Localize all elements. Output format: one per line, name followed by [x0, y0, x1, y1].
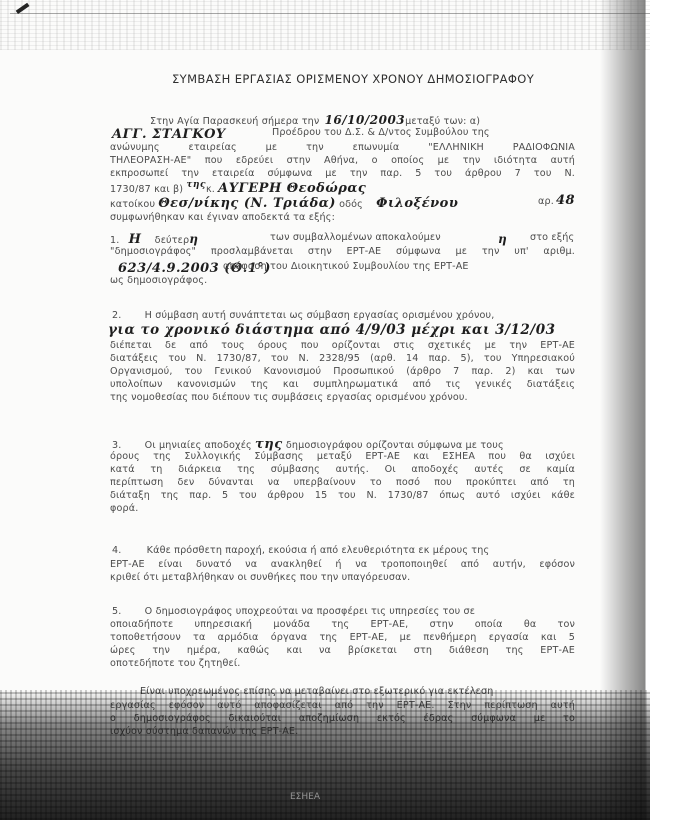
section-4-line-1: 4. Κάθε πρόσθετη παροχή, εκούσια ή από ε…: [112, 545, 489, 556]
section-5-line-4: ώρες την ημέρα, καθώς και να βρίσκεται σ…: [110, 645, 575, 656]
scan-line: [10, 13, 650, 14]
section-2-line-1: 2. Η σύμβαση αυτή συνάπτεται ως σύμβαση …: [112, 310, 494, 321]
handwritten-street: Φιλοξένου: [376, 196, 458, 211]
handwritten-president-name: ΑΓΓ. ΣΤΑΓΚΟΥ: [112, 127, 226, 142]
section-5-line-9: ισχύον σύστημα δαπανών της ΕΡΤ-ΑΕ.: [110, 726, 298, 737]
handwritten-city: Θεσ/νίκης (Ν. Τριάδα): [158, 196, 336, 211]
intro-line-6: 1730/87 και β) τηςκ. ΑΥΓΕΡΗ Θεοδώρας: [110, 181, 366, 196]
section-1-line-4: ως δημοσιογράφος.: [110, 275, 207, 286]
handwritten-contract-period: για το χρονικό διάστημα από 4/9/03 μέχρι…: [108, 322, 556, 338]
section-3-line-3: κατά τη διάρκεια της σύμβασης αυτής. Οι …: [110, 464, 575, 475]
section-5-line-2: οποιαδήποτε υπηρεσιακή μονάδα της ΕΡΤ-ΑΕ…: [110, 619, 575, 630]
intro-line-7: κατοίκου Θεσ/νίκης (Ν. Τριάδα) οδός Φιλο…: [110, 196, 575, 211]
section-4-line-2: ΕΡΤ-ΑΕ είναι δυνατό να ανακληθεί ή να τρ…: [110, 559, 575, 570]
handwritten-journalist-name: ΑΥΓΕΡΗ Θεοδώρας: [218, 181, 366, 196]
scan-dark-band: [0, 690, 650, 820]
handwritten-street-number: 48: [556, 193, 575, 208]
intro-line-8: συμφωνήθηκαν και έγιναν αποδεκτά τα εξής…: [110, 212, 335, 223]
section-5-line-3: τοποθετήσουν τα αρμόδια όργανα της ΕΡΤ-Α…: [110, 632, 575, 643]
section-2-line-7: της νομοθεσίας που διέπουν τις συμβάσεις…: [110, 392, 468, 403]
section-5-line-5: οποτεδήποτε του ζητηθεί.: [110, 658, 240, 669]
intro-line-4: ΤΗΛΕΟΡΑΣΗ-ΑΕ" που εδρεύει στην Αθήνα, ο …: [110, 155, 575, 166]
scanned-document-page: ΣΥΜΒΑΣΗ ΕΡΓΑΣΙΑΣ ΟΡΙΣΜΕΝΟΥ ΧΡΟΝΟΥ ΔΗΜΟΣΙ…: [0, 0, 687, 820]
section-2-line-5: Οργανισμού, του Γενικού Κανονισμού Προσω…: [110, 366, 575, 377]
handwritten-date: 16/10/2003: [325, 113, 406, 127]
section-2-line-4: διατάξεις του Ν. 1730/87, του Ν. 2328/95…: [110, 353, 575, 364]
section-3-line-6: φορά.: [110, 503, 138, 514]
section-5-line-8: ο δημοσιογράφος δικαιούται αποζημίωση εκ…: [110, 713, 575, 724]
section-3-line-1: 3. Οι μηνιαίες αποδοχές της δημοσιογράφο…: [112, 437, 504, 452]
section-5-line-1: 5. Ο δημοσιογράφος υποχρεούται να προσφέ…: [112, 606, 475, 617]
section-1-line-3: 623/4.9.2003 (Θ.1°) απόφαση του Διοικητι…: [118, 261, 575, 276]
intro-line-3: ανώνυμης εταιρείας με την επωνυμία "ΕΛΛΗ…: [110, 142, 575, 153]
document-title: ΣΥΜΒΑΣΗ ΕΡΓΑΣΙΑΣ ΟΡΙΣΜΕΝΟΥ ΧΡΟΝΟΥ ΔΗΜΟΣΙ…: [172, 72, 534, 86]
section-1-line-1: 1. Η δεύτερη των συμβαλλομένων αποκαλούμ…: [110, 232, 575, 247]
intro-line-2: ΑΓΓ. ΣΤΑΓΚΟΥ Προέδρου του Δ.Σ. & Δ/ντος …: [112, 127, 574, 142]
scan-noise-top: [0, 0, 650, 50]
section-4-line-3: κριθεί ότι μεταβλήθηκαν οι συνθήκες που …: [110, 572, 410, 583]
section-3-line-4: περίπτωση δεν δύνανται να υπερβαίνουν το…: [110, 477, 575, 488]
footer-partial-text: ΕΣΗΕΑ: [290, 792, 320, 802]
section-3-line-5: διάταξη της παρ. 5 του άρθρου 15 του Ν. …: [110, 490, 575, 501]
section-1-line-2: "δημοσιογράφος" προσλαμβάνεται στην ΕΡΤ-…: [110, 246, 575, 257]
section-3-line-2: όρους της Συλλογικής Σύμβασης μεταξύ ΕΡΤ…: [110, 451, 575, 462]
intro-line-5: εκπροσωπεί την εταιρεία σύμφωνα με την π…: [110, 168, 575, 179]
intro-line-1: Στην Αγία Παρασκευή σήμερα την 16/10/200…: [150, 113, 480, 127]
section-2-line-3: διέπεται δε από τους όρους που ορίζονται…: [110, 340, 575, 351]
section-2-line-6: υπολοίπων κανονισμών της και συμπληρωματ…: [110, 379, 575, 390]
